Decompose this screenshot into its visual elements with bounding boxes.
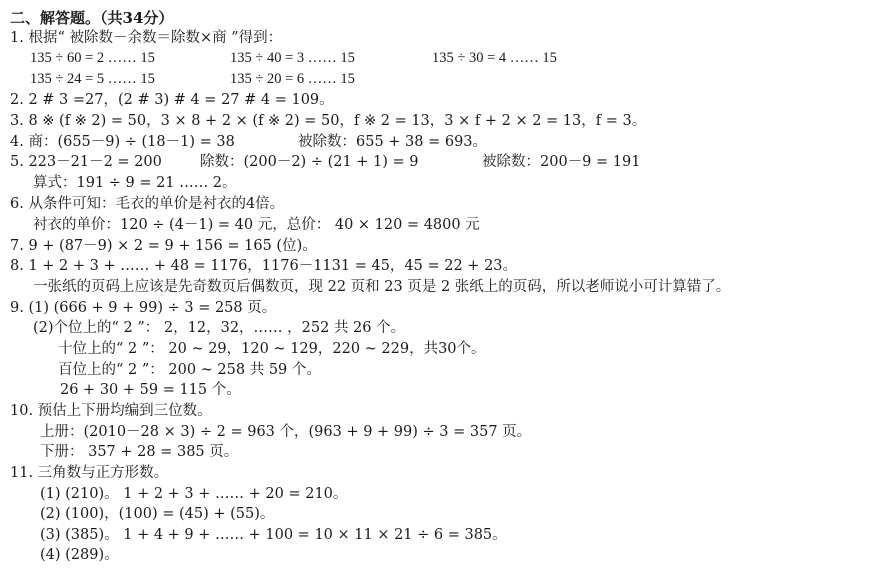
- q1-eq-5: 135 ÷ 20 = 6 …… 15: [230, 69, 355, 89]
- q8-line-2: 一张纸的页码上应该是先奇数页后偶数页，现 22 页和 23 页是 2 张纸上的页…: [33, 277, 730, 297]
- q11-item-1: (1) (210)。 1 + 2 + 3 + …… + 20 = 210。: [40, 484, 347, 504]
- q9-line-2: (2)个位上的“ 2 ”： 2，12，32，…… ，252 共 26 个。: [33, 318, 405, 338]
- q10-line-1: 10. 预估上下册均编到三位数。: [10, 401, 212, 421]
- q1-intro: 1. 根据“ 被除数－余数＝除数×商 ”得到：: [10, 28, 282, 48]
- q9-line-4: 百位上的“ 2 ”： 200 ~ 258 共 59 个。: [58, 360, 321, 380]
- q11-line-1: 11. 三角数与正方形数。: [10, 463, 168, 483]
- section-title: 二、解答题。（共34分）: [10, 8, 173, 28]
- q7-answer: 7. 9 + (87－9) × 2 = 9 + 156 = 165 (位)。: [10, 236, 317, 256]
- q5-line-2: 算式：191 ÷ 9 = 21 …… 2。: [33, 173, 237, 193]
- q1-eq-2: 135 ÷ 40 = 3 …… 15: [230, 48, 355, 68]
- q5-part-1: 5. 223－21－2 = 200: [10, 152, 162, 172]
- q10-line-3: 下册： 357 + 28 = 385 页。: [40, 442, 238, 462]
- q6-line-2: 衬衣的单价：120 ÷ (4－1) = 40 元，总价： 40 × 120 = …: [33, 215, 480, 235]
- q1-eq-1: 135 ÷ 60 = 2 …… 15: [30, 48, 155, 68]
- q11-item-2: (2) (100)，(100) = (45) + (55)。: [40, 504, 274, 524]
- q5-part-3: 被除数：200－9 = 191: [482, 152, 640, 172]
- q9-line-1: 9. (1) (666 + 9 + 99) ÷ 3 = 258 页。: [10, 298, 276, 318]
- q9-line-3: 十位上的“ 2 ”： 20 ~ 29，120 ~ 129，220 ~ 229，共…: [58, 339, 486, 359]
- q9-line-5: 26 + 30 + 59 = 115 个。: [60, 380, 241, 400]
- q2-answer: 2. 2 # 3 =27，(2 # 3) # 4 = 27 # 4 = 109。: [10, 90, 334, 110]
- q3-answer: 3. 8 ※ (f ※ 2) = 50，3 × 8 + 2 × (f ※ 2) …: [10, 111, 646, 131]
- q4-part-2: 被除数：655 + 38 = 693。: [298, 132, 487, 152]
- q11-item-3: (3) (385)。 1 + 4 + 9 + …… + 100 = 10 × 1…: [40, 525, 507, 545]
- q1-eq-3: 135 ÷ 30 = 4 …… 15: [432, 48, 557, 68]
- q4-part-1: 4. 商：(655－9) ÷ (18－1) = 38: [10, 132, 235, 152]
- q10-line-2: 上册：(2010－28 × 3) ÷ 2 = 963 个，(963 + 9 + …: [40, 422, 531, 442]
- q5-part-2: 除数：(200－2) ÷ (21 + 1) = 9: [200, 152, 419, 172]
- q8-line-1: 8. 1 + 2 + 3 + …… + 48 = 1176，1176－1131 …: [10, 256, 517, 276]
- q6-line-1: 6. 从条件可知：毛衣的单价是衬衣的4倍。: [10, 194, 284, 214]
- q1-eq-4: 135 ÷ 24 = 5 …… 15: [30, 69, 155, 89]
- q11-item-4: (4) (289)。: [40, 545, 119, 565]
